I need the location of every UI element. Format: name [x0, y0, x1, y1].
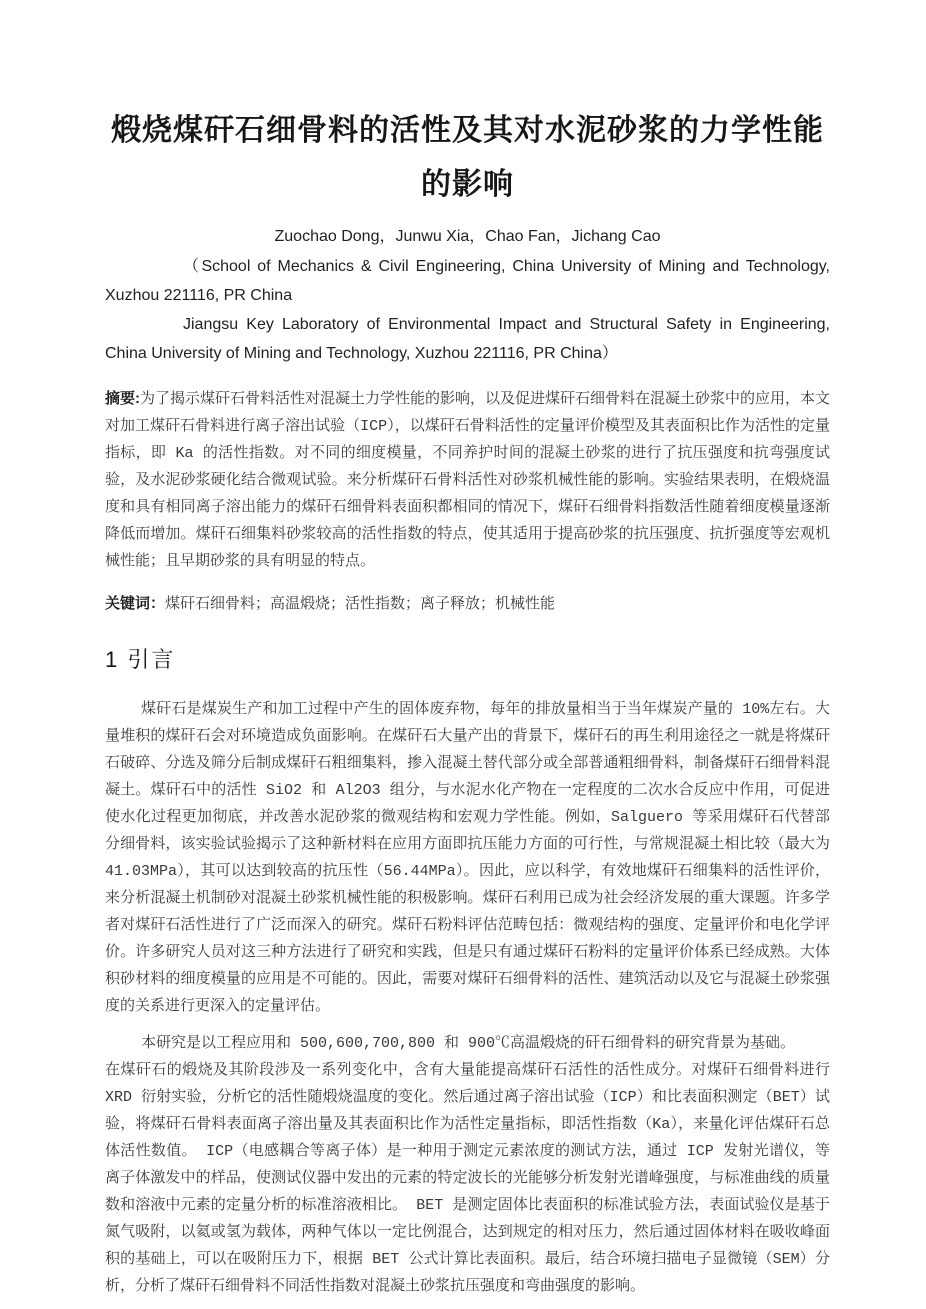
intro-paragraph-2-lead: 本研究是以工程应用和 500,600,700,800 和 900℃高温煅烧的矸石… [105, 1030, 830, 1057]
intro-paragraph-1: 煤矸石是煤炭生产和加工过程中产生的固体废弃物，每年的排放量相当于当年煤炭产量的 … [105, 696, 830, 1020]
paper-title: 煅烧煤矸石细骨料的活性及其对水泥砂浆的力学性能 的影响 [105, 104, 830, 212]
keywords-text: 煤矸石细骨料；高温煅烧；活性指数；离子释放；机械性能 [165, 596, 555, 613]
paper-page: 煅烧煤矸石细骨料的活性及其对水泥砂浆的力学性能 的影响 Zuochao Dong… [0, 0, 926, 1309]
authors-line: Zuochao Dong，Junwu Xia，Chao Fan，Jichang … [105, 222, 830, 252]
affiliation-block-2: Jiangsu Key Laboratory of Environmental … [105, 310, 830, 368]
paper-title-line-2: 的影响 [105, 158, 830, 212]
keywords-line: 关键词：煤矸石细骨料；高温煅烧；活性指数；离子释放；机械性能 [105, 590, 830, 618]
paper-title-line-1: 煅烧煤矸石细骨料的活性及其对水泥砂浆的力学性能 [105, 104, 830, 158]
affiliation-block-1: （School of Mechanics & Civil Engineering… [105, 252, 830, 310]
abstract-paragraph: 摘要:为了揭示煤矸石骨料活性对混凝土力学性能的影响，以及促进煤矸石细骨料在混凝土… [105, 385, 830, 575]
intro-paragraph-2-body: 在煤矸石的煅烧及其阶段涉及一系列变化中，含有大量能提高煤矸石活性的活性成分。对煤… [105, 1057, 830, 1300]
abstract-text: 为了揭示煤矸石骨料活性对混凝土力学性能的影响，以及促进煤矸石细骨料在混凝土砂浆中… [105, 391, 830, 570]
abstract-label: 摘要: [105, 390, 140, 407]
keywords-label: 关键词： [105, 595, 165, 612]
section-1-heading: 1 引言 [105, 644, 830, 676]
